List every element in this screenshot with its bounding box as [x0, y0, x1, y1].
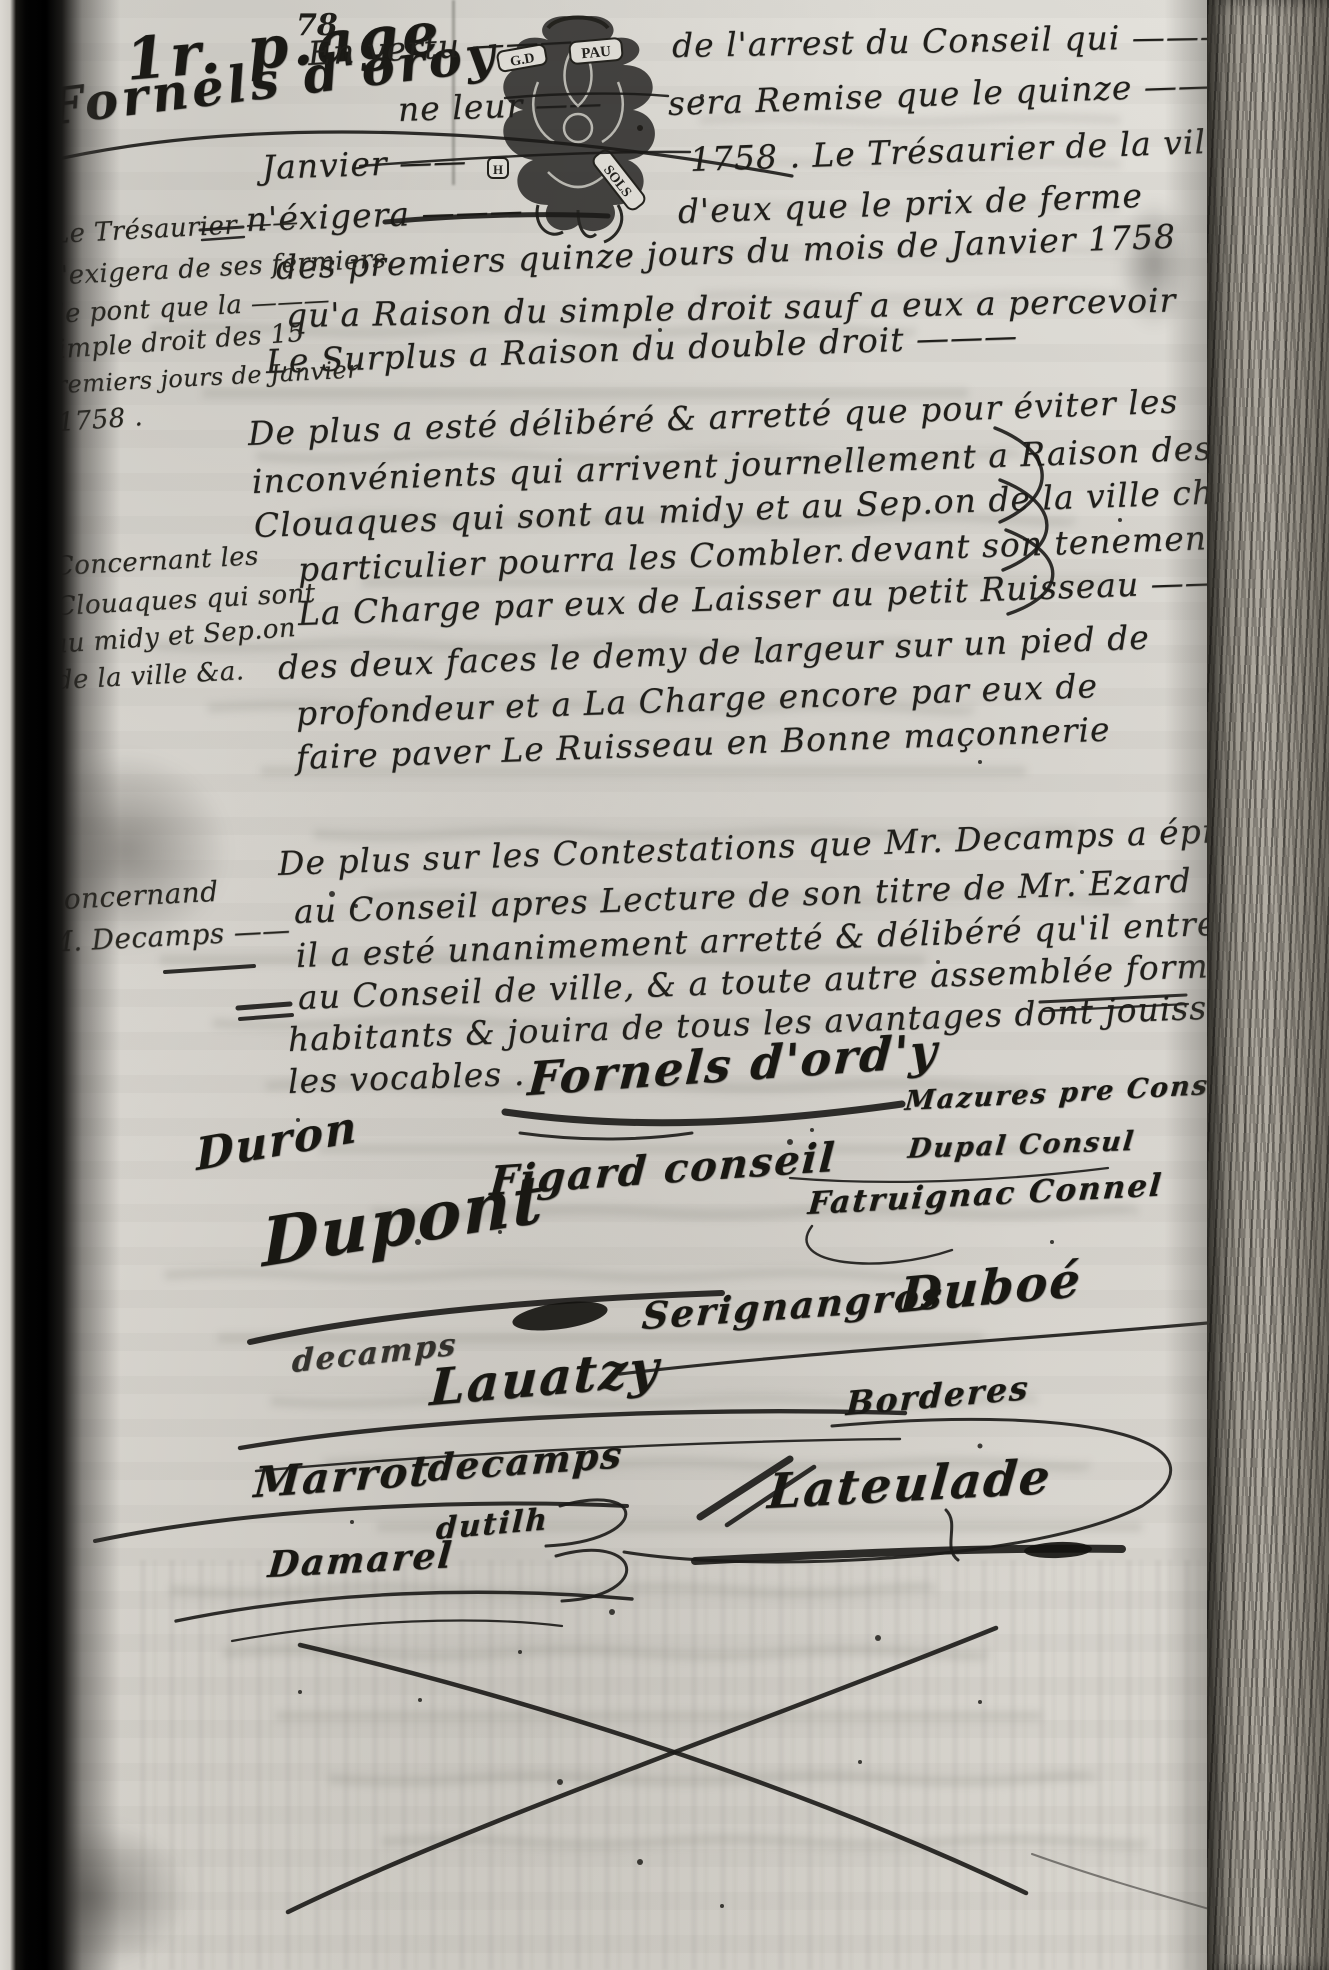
- stamp-banner-h: H: [488, 158, 508, 178]
- manuscript-scan: 78 1r. p.ageFornels d'oroyEn vertu ———de…: [0, 0, 1329, 1970]
- svg-text:PAU: PAU: [581, 44, 612, 63]
- book-gutter-binding: [0, 0, 150, 1970]
- paragraph-line-resolution-decamps: les vocables .: [287, 1054, 526, 1101]
- generalite-tax-stamp: G.D PAU SOLS H: [478, 10, 678, 255]
- paper-streaks: [140, 1560, 1200, 1970]
- page-edge-shadow: [1165, 0, 1207, 1970]
- book-fore-edge: [1207, 0, 1329, 1970]
- paragraph-line-resolution-treasurer: Janvier ——: [261, 141, 467, 187]
- svg-text:H: H: [493, 162, 503, 177]
- stamp-banner-pau: PAU: [569, 38, 623, 64]
